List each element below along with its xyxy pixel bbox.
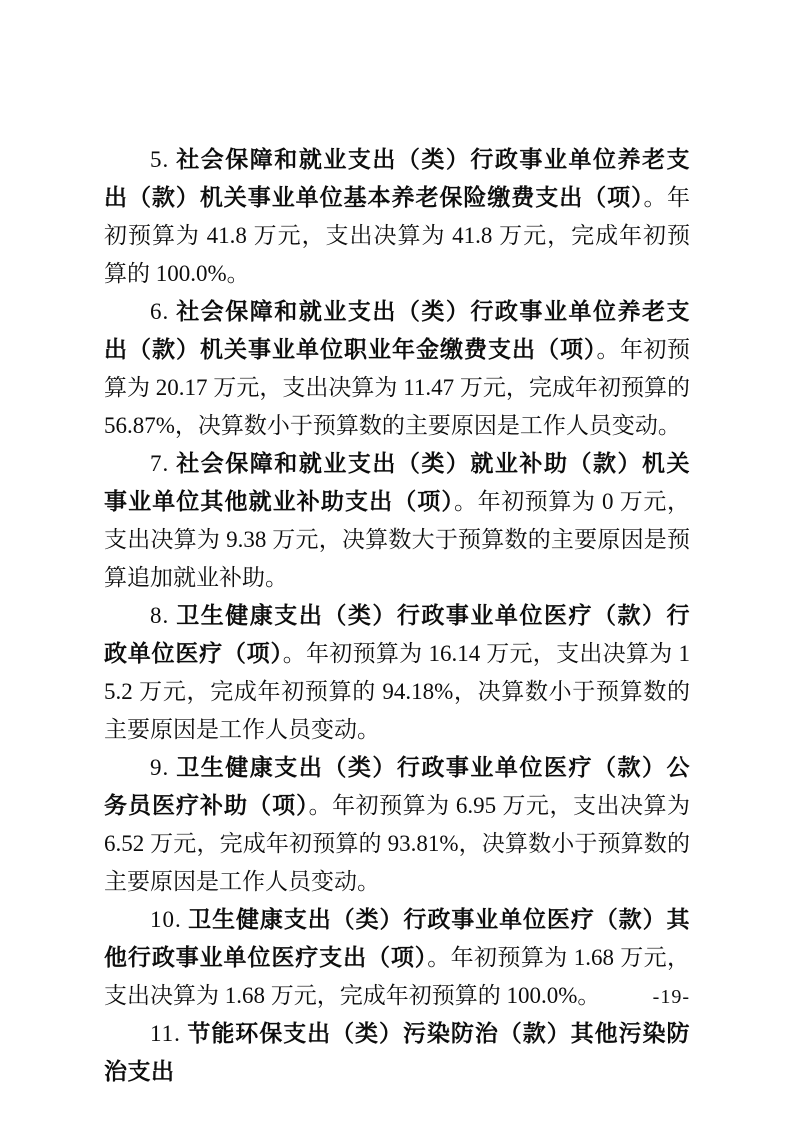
document-page: 5.社会保障和就业支出（类）行政事业单位养老支出（款）机关事业单位基本养老保险缴… (0, 0, 793, 1122)
paragraph-number: 9. (150, 755, 175, 780)
paragraph-number: 6. (150, 299, 175, 324)
budget-paragraph-8: 8.卫生健康支出（类）行政事业单位医疗（款）行政单位医疗（项）。年初预算为 16… (104, 597, 690, 749)
budget-paragraph-5: 5.社会保障和就业支出（类）行政事业单位养老支出（款）机关事业单位基本养老保险缴… (104, 141, 690, 293)
paragraph-number: 11. (150, 1021, 187, 1046)
budget-paragraph-7: 7.社会保障和就业支出（类）就业补助（款）机关事业单位其他就业补助支出（项）。年… (104, 445, 690, 597)
budget-item-title: 节能环保支出（类）污染防治（款）其他污染防治支出 (104, 1021, 690, 1084)
budget-paragraph-10: 10.卫生健康支出（类）行政事业单位医疗（款）其他行政事业单位医疗支出（项）。年… (104, 901, 690, 1015)
paragraph-number: 8. (150, 603, 175, 628)
paragraph-number: 7. (150, 451, 175, 476)
document-body: 5.社会保障和就业支出（类）行政事业单位养老支出（款）机关事业单位基本养老保险缴… (104, 141, 690, 1091)
page-number: -19- (653, 986, 690, 1009)
paragraph-number: 10. (150, 907, 188, 932)
paragraph-number: 5. (150, 147, 175, 172)
budget-item-title: 社会保障和就业支出（类）行政事业单位养老支出（款）机关事业单位基本养老保险缴费支… (104, 147, 690, 210)
budget-paragraph-11: 11.节能环保支出（类）污染防治（款）其他污染防治支出 (104, 1015, 690, 1091)
budget-paragraph-6: 6.社会保障和就业支出（类）行政事业单位养老支出（款）机关事业单位职业年金缴费支… (104, 293, 690, 445)
budget-paragraph-9: 9.卫生健康支出（类）行政事业单位医疗（款）公务员医疗补助（项）。年初预算为 6… (104, 749, 690, 901)
